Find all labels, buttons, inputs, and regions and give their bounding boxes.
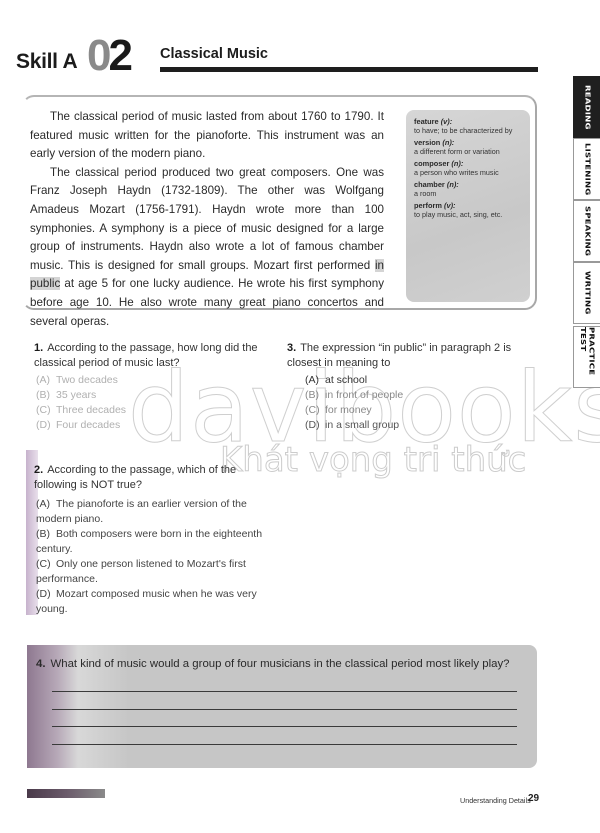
glossary-term: chamber (n):: [414, 180, 522, 189]
tab-writing[interactable]: WRITING: [573, 262, 600, 324]
glossary-definition: a different form or variation: [414, 147, 522, 156]
footer-bar: [27, 789, 105, 798]
question-number: 1.: [34, 342, 43, 354]
passage-paragraph-1: The classical period of music lasted fro…: [30, 108, 384, 164]
q1-option-d[interactable]: (D)Four decades: [36, 418, 120, 433]
question-2: 2.According to the passage, which of the…: [34, 463, 259, 493]
q2-option-b[interactable]: (B)Both composers were born in the eight…: [36, 527, 268, 556]
question-stem: 1.According to the passage, how long did…: [34, 341, 274, 371]
tab-label: READING: [583, 85, 592, 130]
reading-passage: The classical period of music lasted fro…: [30, 108, 384, 331]
skill-number: 02: [87, 32, 130, 80]
glossary-term: perform (v):: [414, 201, 522, 210]
tab-listening[interactable]: LISTENING: [573, 138, 600, 200]
glossary-term: version (n):: [414, 138, 522, 147]
question-3: 3.The expression “in public” in paragrap…: [287, 341, 537, 371]
tab-label: PRACTICE TEST: [579, 327, 596, 387]
watermark-tagline: Khát vọng tri thức: [220, 440, 526, 480]
tab-reading[interactable]: READING: [573, 76, 600, 138]
passage-paragraph-2: The classical period produced two great …: [30, 164, 384, 331]
q3-option-c[interactable]: (C)for money: [305, 403, 372, 418]
paragraph-text: at age 5 for one lucky audience. He wrot…: [30, 277, 384, 327]
question-stem: 2.According to the passage, which of the…: [34, 463, 259, 493]
q2-option-c[interactable]: (C)Only one person listened to Mozart's …: [36, 557, 268, 586]
skill-number-first-digit: 0: [87, 31, 108, 80]
question-stem: 3.The expression “in public” in paragrap…: [287, 341, 537, 371]
question-4: 4.What kind of music would a group of fo…: [36, 658, 510, 670]
paragraph-text: The classical period produced two great …: [30, 166, 384, 272]
question-stem: What kind of music would a group of four…: [51, 658, 510, 670]
footer-section: Understanding Details: [460, 796, 531, 805]
skill-number-second-digit: 2: [108, 31, 129, 80]
glossary-definition: a room: [414, 189, 522, 198]
tab-label: LISTENING: [583, 143, 592, 195]
answer-line[interactable]: [52, 726, 517, 727]
tab-label: WRITING: [583, 271, 592, 315]
glossary-box: feature (v): to have; to be characterize…: [406, 110, 530, 302]
page-number: 29: [528, 793, 539, 804]
glossary-definition: to play music, act, sing, etc.: [414, 210, 522, 219]
paragraph-text: The classical period of music lasted fro…: [30, 110, 384, 160]
question-1: 1.According to the passage, how long did…: [34, 341, 274, 371]
q3-option-a[interactable]: (A)at school: [305, 373, 367, 388]
tab-speaking[interactable]: SPEAKING: [573, 200, 600, 262]
answer-line[interactable]: [52, 744, 517, 745]
q3-option-d[interactable]: (D)in a small group: [305, 418, 399, 433]
title-rule: [160, 67, 538, 72]
q1-option-c[interactable]: (C)Three decades: [36, 403, 126, 418]
tab-label: SPEAKING: [583, 206, 592, 256]
question-number: 2.: [34, 464, 43, 476]
glossary-definition: a person who writes music: [414, 168, 522, 177]
q3-option-b[interactable]: (B)in front of people: [305, 388, 403, 403]
skill-label: Skill A: [16, 50, 77, 74]
question-number: 3.: [287, 342, 296, 354]
glossary-definition: to have; to be characterized by: [414, 126, 522, 135]
page-title: Classical Music: [160, 46, 268, 62]
answer-line[interactable]: [52, 709, 517, 710]
q1-option-a[interactable]: (A)Two decades: [36, 373, 118, 388]
q1-option-b[interactable]: (B)35 years: [36, 388, 96, 403]
q2-option-d[interactable]: (D)Mozart composed music when he was ver…: [36, 587, 268, 616]
glossary-term: composer (n):: [414, 159, 522, 168]
question-number: 4.: [36, 658, 46, 670]
answer-line[interactable]: [52, 691, 517, 692]
q2-option-a[interactable]: (A)The pianoforte is an earlier version …: [36, 497, 268, 526]
glossary-term: feature (v):: [414, 117, 522, 126]
tab-practice-test[interactable]: PRACTICE TEST: [573, 326, 600, 388]
